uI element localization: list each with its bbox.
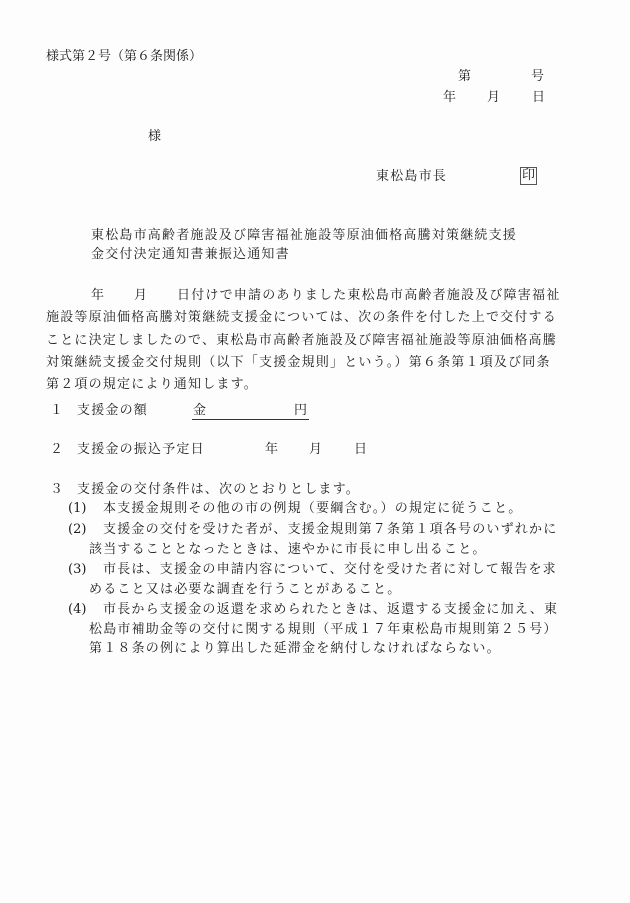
form-label: 様式第２号（第６条関係） [46, 49, 202, 65]
issuer-name: 東松島市長 [376, 169, 447, 185]
item2-number: ２ [50, 442, 63, 458]
body-line: 第２項の規定により通知します。 [46, 377, 258, 393]
intro-year: 年 [91, 288, 104, 304]
amount-field [192, 403, 309, 420]
item2-label: 支援金の振込予定日 [77, 442, 205, 458]
condition-4-text-cont2: 第１８条の例により算出した延滞金を納付しなければならない。 [89, 641, 501, 657]
condition-4-text-cont: 松島市補助金等の交付に関する規則（平成１７年東松島市規則第２５号） [89, 622, 558, 638]
item1-number: １ [50, 403, 63, 419]
condition-2-text-cont: 該当することとなったときは、速やかに市長に申し出ること。 [89, 542, 487, 558]
body-line: ことに決定しましたので、東松島市高齢者施設及び障害福祉施設等原油価格高騰 [46, 333, 557, 349]
condition-3-text-cont: めること又は必要な調査を行うことがあること。 [89, 582, 401, 598]
document-title-line1: 東松島市高齢者施設及び障害福祉施設等原油価格高騰対策継続支援 [91, 228, 517, 244]
condition-1-text: 本支援金規則その他の市の例規（要綱含む。）の規定に従うこと。 [103, 501, 523, 517]
date-year-label: 年 [443, 90, 456, 106]
condition-3-number: (3) [68, 562, 86, 578]
transfer-year: 年 [265, 442, 278, 458]
transfer-month: 月 [309, 442, 322, 458]
condition-4-text: 市長から支援金の返還を求められたときは、返還する支援金に加え、東 [103, 602, 558, 618]
condition-3-text: 市長は、支援金の申請内容について、交付を受けた者に対して報告を求 [103, 562, 557, 578]
condition-1-number: (1) [68, 501, 86, 517]
item3-number: ３ [50, 482, 63, 498]
document-title-line2: 金交付決定通知書兼振込通知書 [91, 247, 290, 263]
document-number-prefix: 第 [458, 69, 471, 85]
date-day-label: 日 [532, 90, 545, 106]
body-line: 対策継続支援金交付規則（以下「支援金規則」という。）第６条第１項及び同条 [46, 355, 551, 371]
amount-prefix: 金 [193, 403, 206, 419]
seal-mark: 印 [520, 167, 537, 185]
item1-label: 支援金の額 [77, 403, 148, 419]
intro-text: 日付けで申請のありました東松島市高齢者施設及び障害福祉 [177, 288, 560, 304]
amount-suffix: 円 [294, 403, 307, 419]
condition-4-number: (4) [68, 602, 86, 618]
condition-2-text: 支援金の交付を受けた者が、支援金規則第７条第１項各号のいずれかに [103, 522, 557, 538]
transfer-day: 日 [354, 442, 367, 458]
condition-2-number: (2) [68, 522, 86, 538]
body-line: 施設等原油価格高騰対策継続支援金については、次の条件を付した上で交付する [46, 310, 557, 326]
item3-label: 支援金の交付条件は、次のとおりとします。 [77, 482, 360, 498]
document-number-suffix: 号 [531, 69, 544, 85]
recipient-honorific: 様 [148, 129, 161, 145]
date-month-label: 月 [487, 90, 500, 106]
intro-month: 月 [134, 288, 147, 304]
